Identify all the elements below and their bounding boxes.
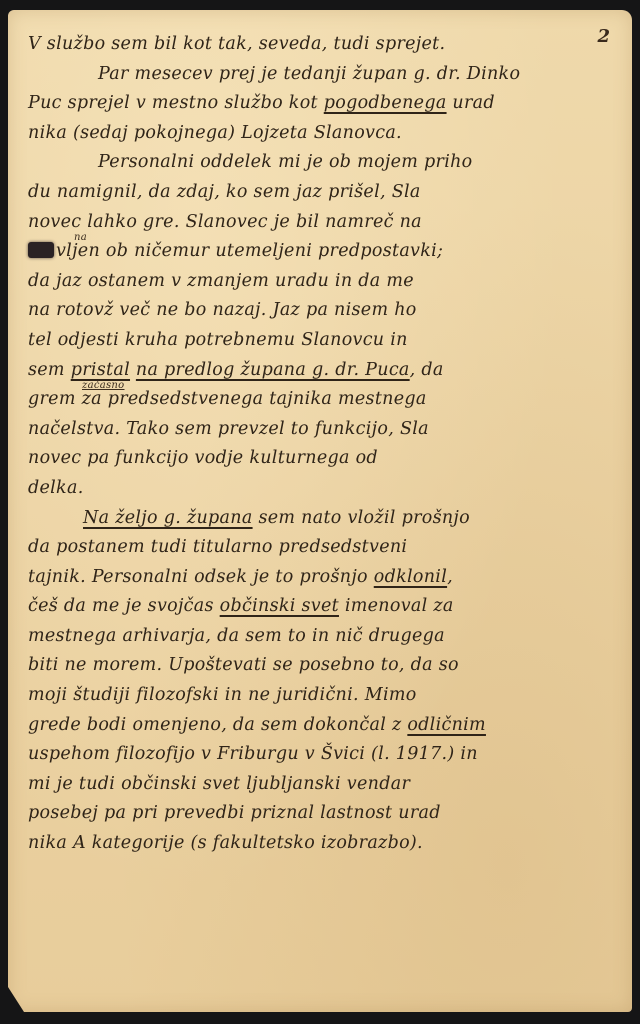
- text-line-22: biti ne morem. Upoštevati se posebno to,…: [28, 651, 624, 681]
- text-line-18: da postanem tudi titularno predsedstveni: [28, 533, 624, 563]
- text-line-8: navljen ob ničemur utemeljeni predpostav…: [28, 237, 624, 267]
- text-line-27: posebej pa pri prevedbi priznal lastnost…: [28, 799, 624, 829]
- text-line-20: češ da me je svojčas občinski svet imeno…: [28, 592, 624, 622]
- line13-text: grem za predsedstvenega tajnika mestnega: [28, 389, 427, 409]
- text-line-23: moji študiji filozofski in ne juridični.…: [28, 681, 624, 711]
- text-line-11: tel odjesti kruha potrebnemu Slanovcu in: [28, 326, 624, 356]
- text-line-1: V službo sem bil kot tak, seveda, tudi s…: [28, 30, 624, 60]
- text-line-9: da jaz ostanem v zmanjem uradu in da me: [28, 267, 624, 297]
- text-line-24: grede bodi omenjeno, da sem dokončal z o…: [28, 711, 624, 741]
- underlined-phrase: na predlog župana g. dr. Puca: [136, 360, 410, 380]
- underlined-phrase: občinski svet: [220, 596, 339, 616]
- text-line-2: Par mesecev prej je tedanji župan g. dr.…: [28, 60, 624, 90]
- text-line-21: mestnega arhivarja, da sem to in nič dru…: [28, 622, 624, 652]
- line3-text: Puc sprejel v mestno službo kot pogodben…: [28, 93, 495, 113]
- underlined-phrase: odličnim: [407, 715, 486, 735]
- underlined-phrase: odklonil: [374, 567, 447, 587]
- text-line-16: delka.: [28, 474, 624, 504]
- line12-text: sem pristal na predlog župana g. dr. Puc…: [28, 360, 444, 380]
- text-line-26: mi je tudi občinski svet ljubljanski ven…: [28, 770, 624, 800]
- line19-text: tajnik. Personalni odsek je to prošnjo o…: [28, 567, 453, 587]
- interlinear-insertion-zacasno: začasno: [82, 381, 125, 391]
- text-line-13: začasno grem za predsedstvenega tajnika …: [28, 385, 624, 415]
- text-line-25: uspehom filozofijo v Friburgu v Švici (l…: [28, 740, 624, 770]
- line24-text: grede bodi omenjeno, da sem dokončal z o…: [28, 715, 486, 735]
- text-line-7: novec lahko gre. Slanovec je bil namreč …: [28, 208, 624, 238]
- underlined-phrase: pristal: [71, 360, 130, 380]
- text-line-17: Na željo g. župana sem nato vložil prošn…: [28, 504, 624, 534]
- text-line-4: nika (sedaj pokojnega) Lojzeta Slanovca.: [28, 119, 624, 149]
- text-line-14: načelstva. Tako sem prevzel to funkcijo,…: [28, 415, 624, 445]
- interlinear-insertion-na: na: [74, 233, 87, 243]
- text-line-10: na rotovž več ne bo nazaj. Jaz pa nisem …: [28, 296, 624, 326]
- handwritten-text-body: V službo sem bil kot tak, seveda, tudi s…: [28, 30, 624, 859]
- ink-blot: [28, 242, 54, 258]
- line17-text: Na željo g. župana sem nato vložil prošn…: [83, 508, 470, 528]
- underlined-phrase: Na željo g. župana: [83, 508, 253, 528]
- text-line-5: Personalni oddelek mi je ob mojem priho: [28, 148, 624, 178]
- text-line-15: novec pa funkcijo vodje kulturnega od: [28, 444, 624, 474]
- text-line-6: du namignil, da zdaj, ko sem jaz prišel,…: [28, 178, 624, 208]
- text-line-3: Puc sprejel v mestno službo kot pogodben…: [28, 89, 624, 119]
- line8-text: vljen ob ničemur utemeljeni predpostavki…: [56, 241, 443, 261]
- underlined-phrase: pogodbenega: [324, 93, 447, 113]
- line20-text: češ da me je svojčas občinski svet imeno…: [28, 596, 454, 616]
- text-line-19: tajnik. Personalni odsek je to prošnjo o…: [28, 563, 624, 593]
- text-line-28: nika A kategorije (s fakultetsko izobraz…: [28, 829, 624, 859]
- manuscript-page: 2 V službo sem bil kot tak, seveda, tudi…: [8, 10, 632, 1012]
